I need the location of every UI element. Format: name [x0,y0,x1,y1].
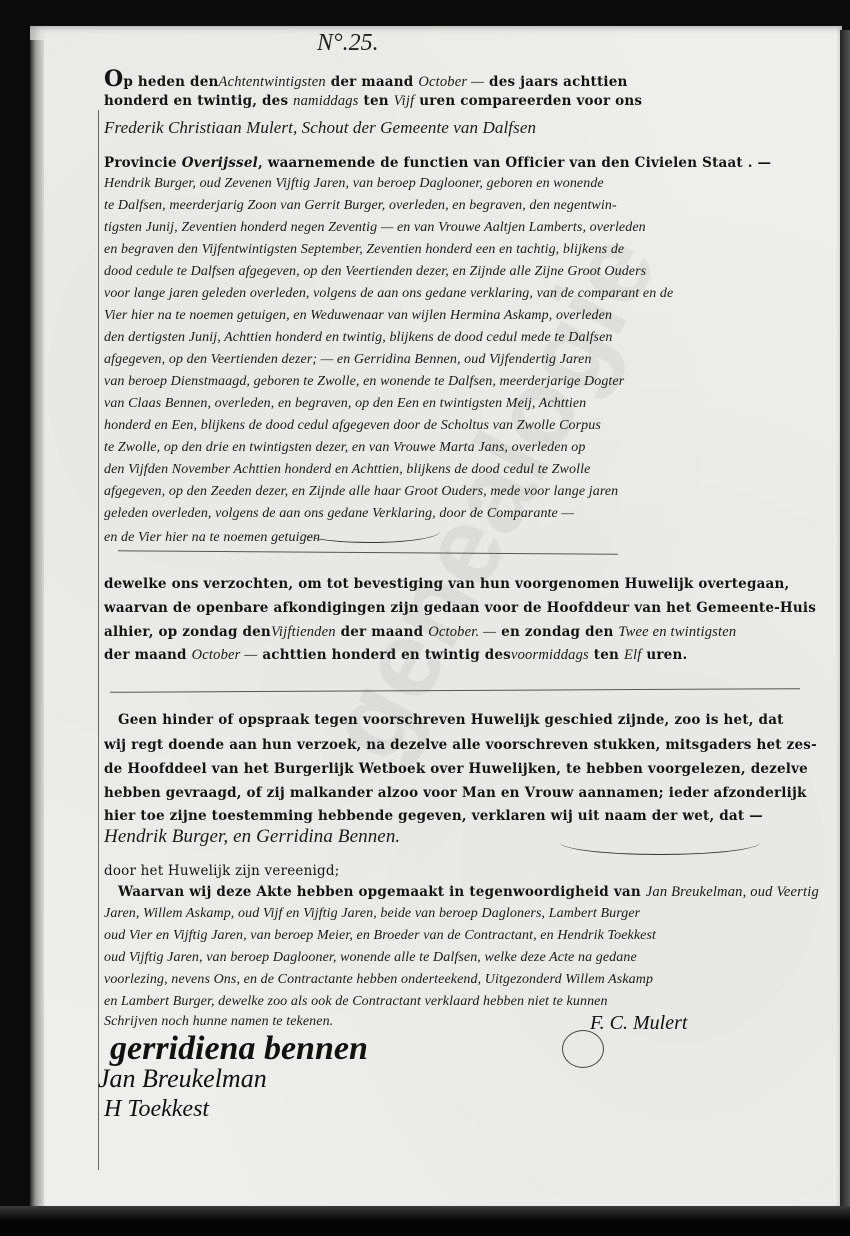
handwritten-line: te Zwolle, op den drie en twintigsten de… [104,440,586,456]
handwritten-line: honderd en Een, blijkens de dood cedul a… [104,418,601,434]
witness-handwritten-line: voorlezing, nevens Ons, en de Contractan… [104,972,653,988]
pen-flourish [300,520,440,543]
official-name: Frederik Christiaan Mulert, Schout der G… [104,118,536,138]
signature-witness-2: H Toekkest [104,1096,209,1123]
handwritten-line: voor lange jaren geleden overleden, volg… [104,286,673,302]
printed-text: des jaars achttien [484,74,627,90]
handwritten-time-of-day: voormiddags [511,647,589,663]
handwritten-month: October. — [428,624,496,640]
request-line-1: dewelke ons verzochten, om tot bevestigi… [104,576,789,592]
handwritten-month: October — [418,74,484,90]
record-number: N°.25. [317,30,379,57]
signature-flourish [562,1030,604,1068]
pen-flourish [560,830,760,855]
printed-text: p heden den [123,74,218,90]
province-name: Overijssel [182,155,258,171]
printed-text: achttien honderd en twintig des [257,647,511,663]
declaration-line: wij regt doende aan hun verzoek, na deze… [104,737,817,753]
signature-official: F. C. Mulert [590,1012,687,1035]
opening-line-1: Op heden denAchtentwintigsten der maand … [104,66,628,92]
handwritten-day: Achtentwintigsten [219,74,326,90]
handwritten-line: den Vijfden November Achttien honderd en… [104,462,590,478]
declaration-line: hebben gevraagd, of zij malkander alzoo … [104,785,807,801]
request-line-3: alhier, op zondag denVijftienden der maa… [104,624,736,641]
signature-witness-1: Jan Breukelman [98,1064,267,1094]
witness-handwritten-line: oud Vier en Vijftig Jaren, van beroep Me… [104,928,656,944]
printed-text: uren compareerden voor ons [414,93,642,109]
handwritten-line: en de Vier hier na te noemen getuigen [104,530,320,546]
printed-text: alhier, op zondag den [104,624,271,640]
handwritten-month: October — [192,647,258,663]
handwritten-date: Vijftienden [271,624,336,640]
scan-bottom-border [0,1206,850,1236]
handwritten-line: afgegeven, op den Zeeden dezer, en Zijnd… [104,484,618,500]
printed-text: ten [359,93,394,109]
printed-text: honderd en twintig, des [104,93,293,109]
declaration-line: hier toe zijne toestemming hebbende gege… [104,808,763,824]
witnesses-line-1: Waarvan wij deze Akte hebben opgemaakt i… [118,884,819,901]
page-right-edge [840,30,850,1220]
united-line: door het Huwelijk zijn vereenigd; [104,863,339,879]
declaration-line: de Hoofddeel van het Burgerlijk Wetboek … [104,761,808,777]
handwritten-line: Vier hier na te noemen getuigen, en Wedu… [104,308,612,324]
couple-names: Hendrik Burger, en Gerridina Bennen. [104,826,400,848]
handwritten-line: dood cedule te Dalfsen afgegeven, op den… [104,264,646,280]
printed-text: ten [589,647,624,663]
printed-text: Provincie [104,155,182,171]
handwritten-witness: Jan Breukelman, oud Veertig [646,884,819,900]
printed-text: , waarnemende de functien van Officier v… [258,155,771,171]
witness-handwritten-line: Jaren, Willem Askamp, oud Vijf en Vijfti… [104,906,640,922]
drop-cap: O [104,66,123,92]
handwritten-line: afgegeven, op den Veertienden dezer; — e… [104,352,592,368]
handwritten-hour: Elf [624,647,642,663]
printed-text: der maand [336,624,428,640]
handwritten-time-of-day: namiddags [293,93,358,109]
handwritten-line: den dertigsten Junij, Achttien honderd e… [104,330,613,346]
opening-line-2: honderd en twintig, des namiddags ten Vi… [104,93,642,110]
handwritten-line: tigsten Junij, Zeventien honderd negen Z… [104,220,646,236]
witness-handwritten-line: en Lambert Burger, dewelke zoo als ook d… [104,994,608,1010]
handwritten-line: te Dalfsen, meerderjarig Zoon van Gerrit… [104,198,617,214]
request-line-2: waarvan de openbare afkondigingen zijn g… [104,600,816,616]
witness-handwritten-line: oud Vijftig Jaren, van beroep Daglooner,… [104,950,637,966]
handwritten-line: van Claas Bennen, overleden, en begraven… [104,396,586,412]
declaration-line: Geen hinder of opspraak tegen voorschrev… [118,712,784,728]
printed-text: der maand [326,74,418,90]
handwritten-line: van beroep Dienstmaagd, geboren te Zwoll… [104,374,624,390]
printed-text: en zondag den [496,624,618,640]
witness-handwritten-line: Schrijven noch hunne namen te tekenen. [104,1014,333,1030]
handwritten-date: Twee en twintigsten [618,624,736,640]
opening-line-4: Provincie Overijssel, waarnemende de fun… [104,155,771,171]
handwritten-line: Hendrik Burger, oud Zevenen Vijftig Jare… [104,176,604,192]
handwritten-line: en begraven den Vijfentwintigsten Septem… [104,242,624,258]
page-binding-edge [30,40,44,1210]
handwritten-hour: Vijf [394,93,415,109]
printed-text: Waarvan wij deze Akte hebben opgemaakt i… [118,884,646,900]
signature-bride: gerridiena bennen [110,1030,368,1068]
printed-text: der maand [104,647,192,663]
printed-text: uren. [641,647,687,663]
margin-rule [98,110,99,1170]
request-line-4: der maand October — achttien honderd en … [104,647,687,664]
